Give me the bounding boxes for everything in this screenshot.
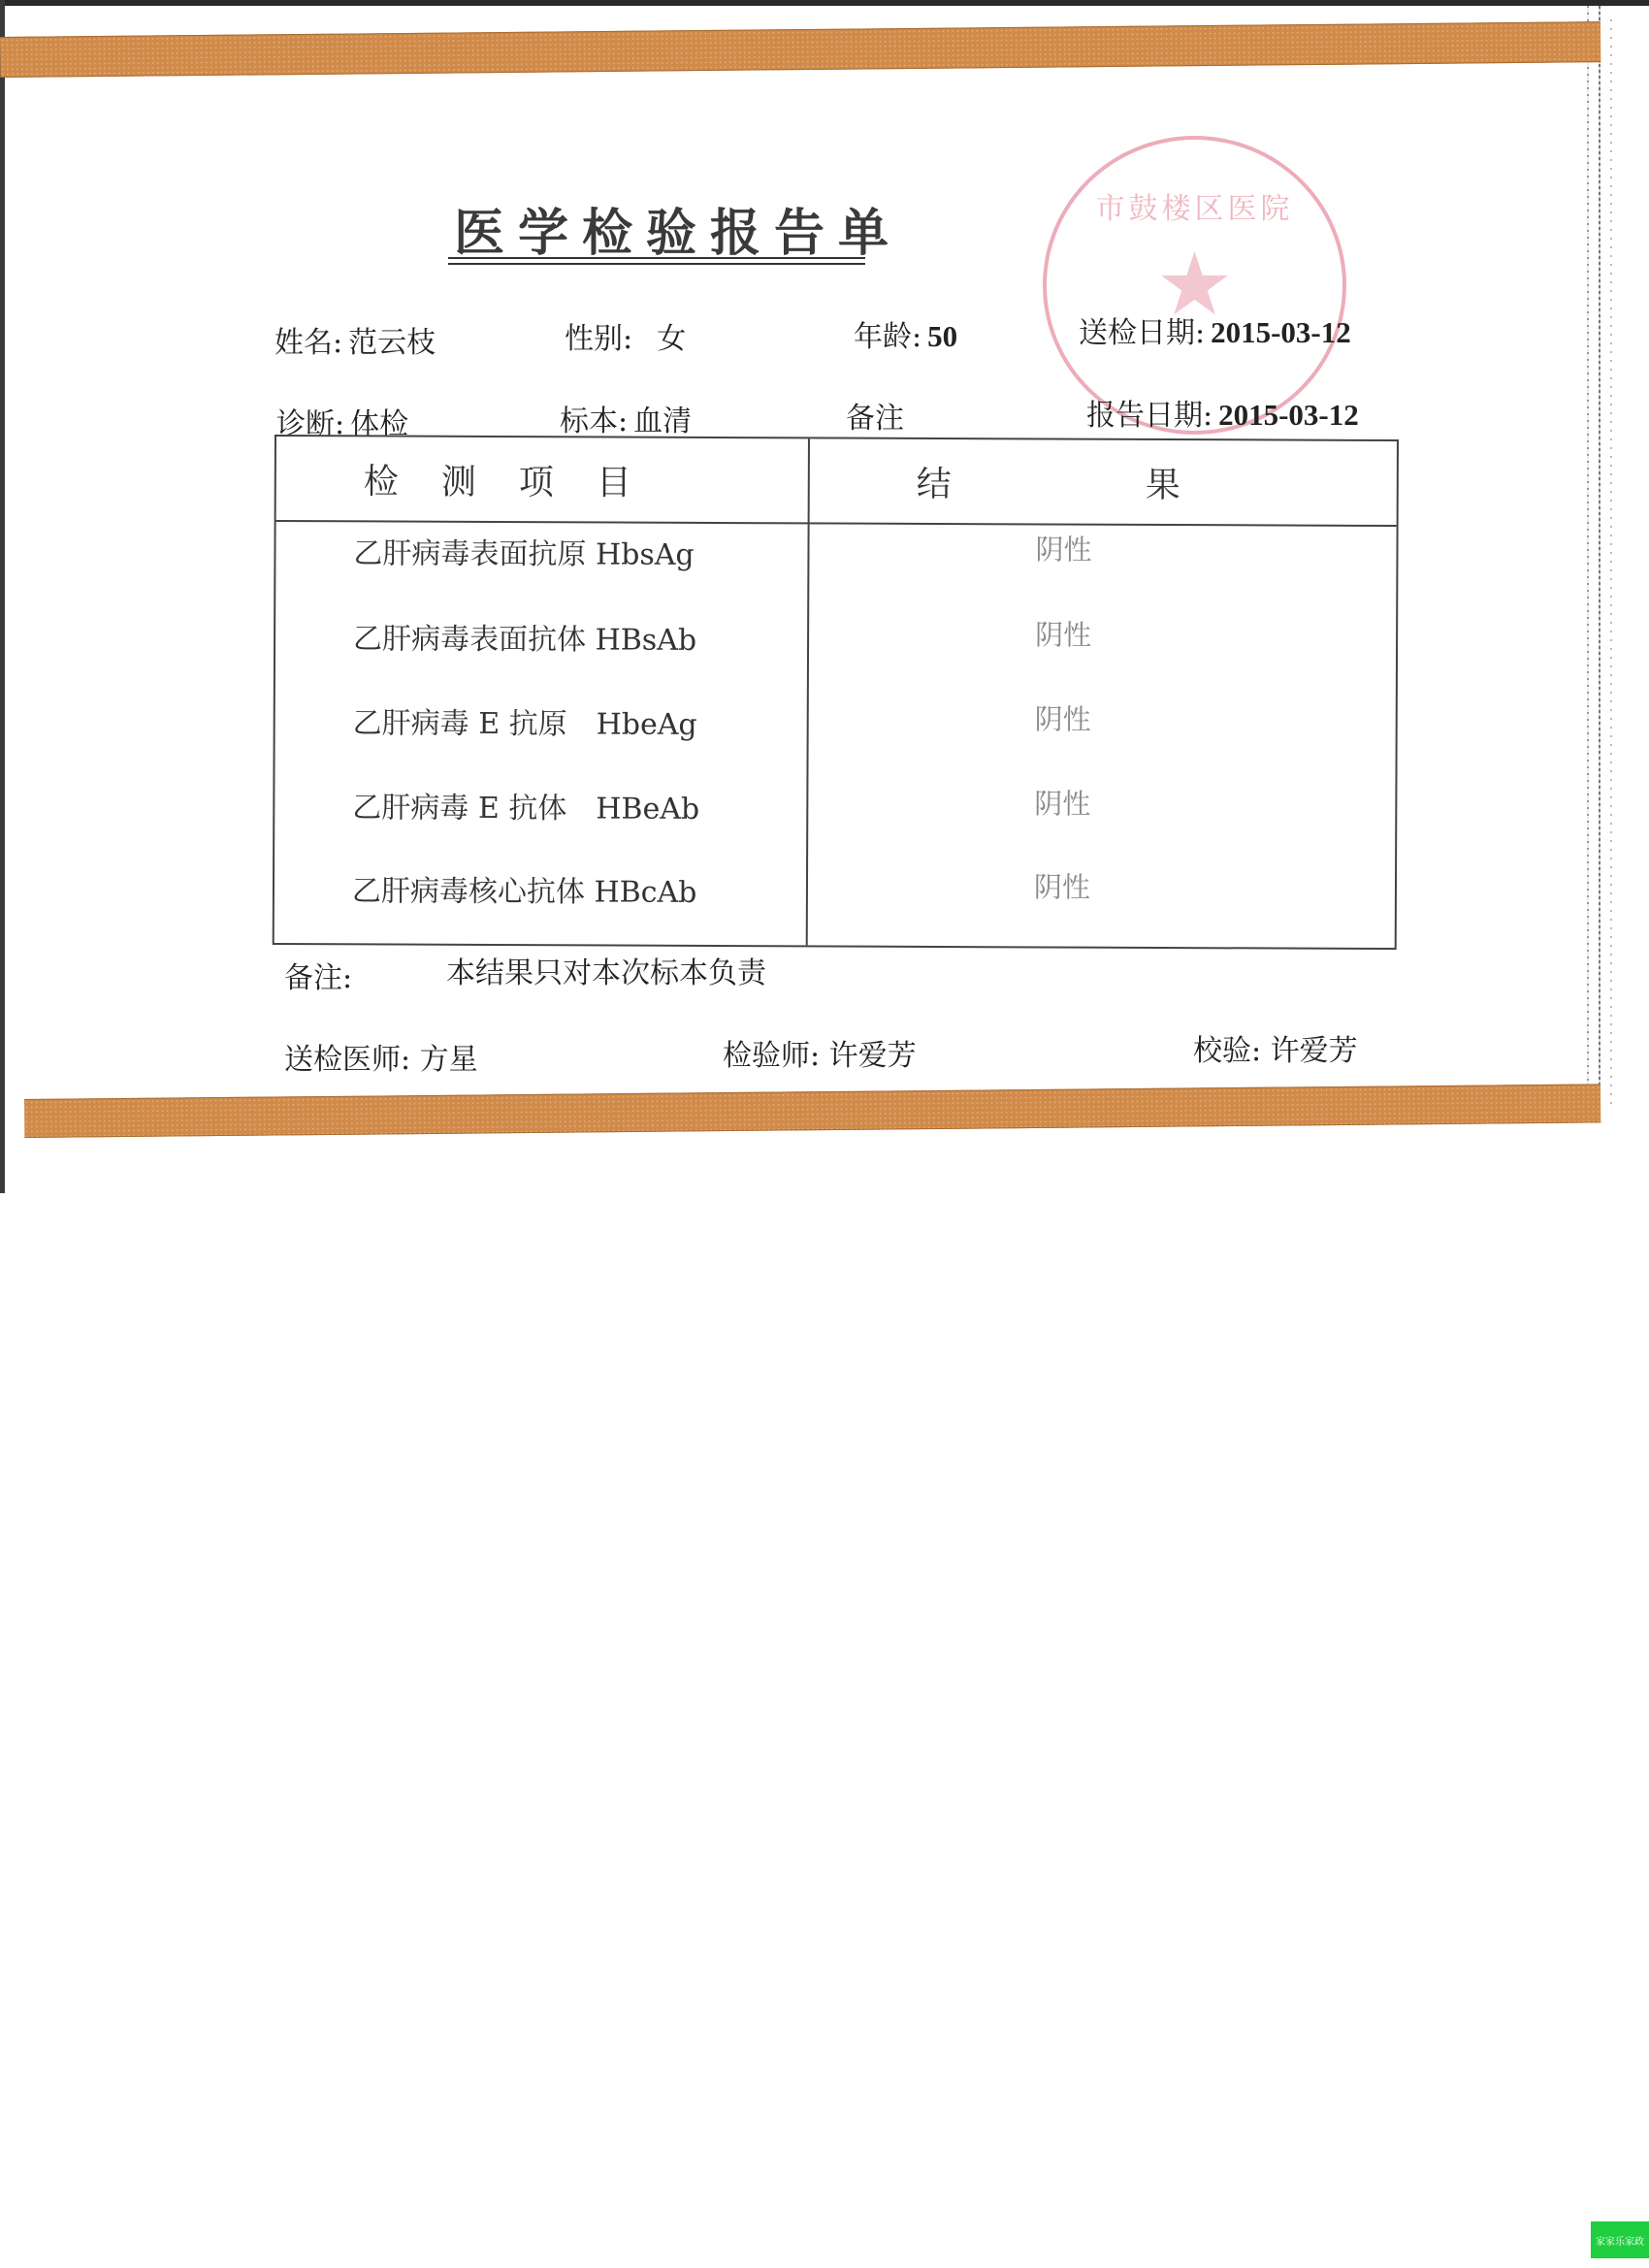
examiner-label: 检验师: xyxy=(723,1039,820,1073)
gender-value: 女 xyxy=(657,322,686,356)
submit-date-value: 2015-03-12 xyxy=(1211,315,1351,349)
header-divider xyxy=(276,520,1397,527)
test-item: 乙肝病毒表面抗体 HBsAb xyxy=(353,614,696,659)
doctor-label: 送检医师: xyxy=(284,1043,410,1077)
hospital-seal-stamp: 市鼓楼区医院 ★ xyxy=(1043,136,1346,435)
note-text: 本结果只对本次标本负责 xyxy=(446,949,766,991)
header-result: 结果 xyxy=(917,457,1374,508)
specimen-value: 血清 xyxy=(633,405,692,438)
test-result: 阴性 xyxy=(1035,528,1091,567)
test-item: 乙肝病毒表面抗原 HbsAg xyxy=(353,529,694,573)
remark-field: 备注 xyxy=(846,394,904,437)
table-row: 乙肝病毒核心抗体 HBcAb 阴性 xyxy=(275,866,1395,929)
age-value: 50 xyxy=(927,319,957,353)
test-result: 阴性 xyxy=(1035,697,1091,737)
scan-edge-top xyxy=(0,0,1649,6)
examiner-name: 许爱芳 xyxy=(829,1039,917,1073)
table-row: 乙肝病毒 E 抗体 HBeAb 阴性 xyxy=(275,783,1395,846)
header-test-items: 检测项目 xyxy=(364,454,674,504)
paper-edge-right xyxy=(1599,6,1600,1092)
gender-label: 性别: xyxy=(565,322,632,356)
report-date-field: 报告日期:2015-03-12 xyxy=(1086,391,1359,434)
report-date-value: 2015-03-12 xyxy=(1218,398,1359,432)
table-row: 乙肝病毒 E 抗原 HbeAg 阴性 xyxy=(275,698,1396,761)
test-item: 乙肝病毒 E 抗原 HbeAg xyxy=(353,698,697,743)
test-result: 阴性 xyxy=(1034,865,1090,905)
results-table: 检测项目 结果 乙肝病毒表面抗原 HbsAg 阴性 乙肝病毒表面抗体 HBsAb… xyxy=(273,435,1399,950)
watermark-badge: 家家乐家政 xyxy=(1591,2221,1649,2258)
name-label: 姓名: xyxy=(275,326,342,360)
test-result: 阴性 xyxy=(1034,782,1090,822)
specimen-field: 标本:血清 xyxy=(560,397,692,439)
patient-name: 范云枝 xyxy=(348,326,436,360)
table-row: 乙肝病毒表面抗原 HbsAg 阴性 xyxy=(275,529,1396,592)
patient-name-field: 姓名:范云枝 xyxy=(275,318,436,361)
paper-edge-right-inner xyxy=(1587,6,1589,1092)
scan-edge-left xyxy=(0,0,5,1193)
test-result: 阴性 xyxy=(1035,613,1091,653)
verifier-field: 校验: 许爱芳 xyxy=(1193,1026,1358,1069)
age-label: 年龄: xyxy=(854,320,921,354)
examiner-field: 检验师: 许爱芳 xyxy=(723,1031,917,1074)
stamp-text: 市鼓楼区医院 xyxy=(1096,184,1294,227)
age-field: 年龄:50 xyxy=(854,312,957,355)
submit-date-label: 送检日期: xyxy=(1079,316,1205,350)
test-item: 乙肝病毒 E 抗体 HBeAb xyxy=(352,783,699,827)
orange-band-top xyxy=(0,21,1600,78)
title-underline-2 xyxy=(448,263,865,265)
doctor-field: 送检医师: 方星 xyxy=(284,1035,478,1078)
paper-edge-right-outer xyxy=(1610,19,1612,1106)
orange-band-bottom xyxy=(24,1084,1600,1138)
title-underline xyxy=(448,257,865,259)
note-label: 备注: xyxy=(284,954,352,996)
specimen-label: 标本: xyxy=(560,405,628,438)
gender-field: 性别: 女 xyxy=(565,314,686,357)
test-item: 乙肝病毒核心抗体 HBcAb xyxy=(352,866,697,911)
submit-date-field: 送检日期:2015-03-12 xyxy=(1079,308,1351,351)
verifier-label: 校验: xyxy=(1193,1034,1261,1068)
doctor-name: 方星 xyxy=(420,1043,478,1077)
report-title: 医学检验报告单 xyxy=(454,192,902,265)
remark-label: 备注 xyxy=(846,402,904,436)
table-row: 乙肝病毒表面抗体 HBsAb 阴性 xyxy=(275,614,1396,677)
verifier-name: 许爱芳 xyxy=(1271,1034,1358,1068)
report-date-label: 报告日期: xyxy=(1086,399,1212,433)
